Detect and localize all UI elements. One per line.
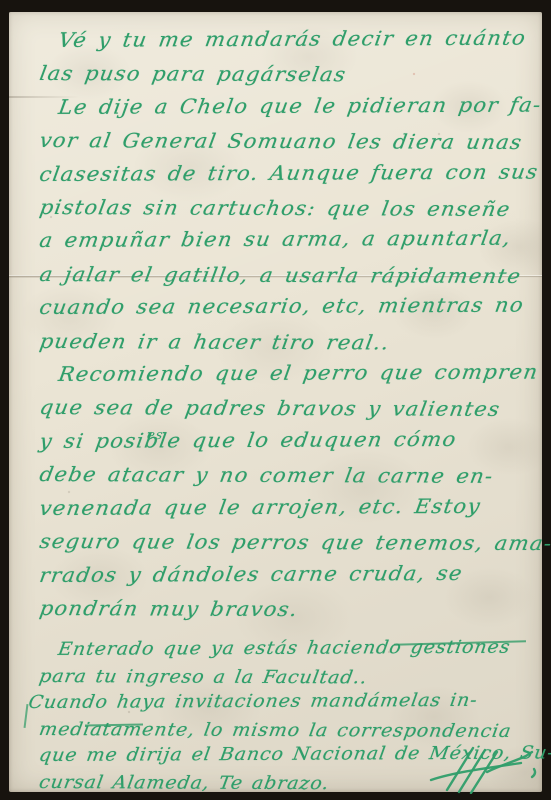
letter-paper: Vé y tu me mandarás decir en cuánto las … [9,12,542,792]
letter-line: Enterado que ya estás haciendo gestiones [37,635,551,664]
letter-line: vor al General Somuano les diera unas [37,124,551,160]
paragraph: Vé y tu me mandarás decir en cuánto las … [37,24,535,91]
paragraph: Le dije a Chelo que le pidieran por fa- … [37,91,535,358]
letter-line: Le dije a Chelo que le pidieran por fa- [37,88,551,124]
letter-line: las puso para pagárselas [37,57,551,93]
paragraph: Enterado que ya estás haciendo gestiones… [37,637,535,690]
interlinear-insertion: es [146,428,165,443]
letter-line: a empuñar bien su arma, a apuntarla, [37,222,551,258]
letter-line: debe atacar y no comer la carne en- [37,458,551,494]
letter-line: pondrán muy bravos. [37,592,551,628]
paragraph: Recomiendo que el perro que compren que … [37,358,535,625]
letter-line: rrados y dándoles carne cruda, se [37,556,551,592]
letter-line: cuando sea necesario, etc, mientras no [37,289,551,325]
letter-block-upper: Vé y tu me mandarás decir en cuánto las … [37,24,535,625]
letter-line: que sea de padres bravos y valientes [37,391,551,427]
letter-body: Vé y tu me mandarás decir en cuánto las … [37,12,535,796]
letter-line: venenada que le arrojen, etc. Estoy [37,489,551,525]
signature-flourish-icon [425,742,540,794]
letter-line: Vé y tu me mandarás decir en cuánto [37,21,551,57]
scan-background: { "meta": { "kind": "scanned handwritten… [0,0,551,800]
letter-line: Cuando haya invitaciones mandámelas in- [37,688,551,717]
letter-line: Recomiendo que el perro que compren [37,355,551,391]
letter-line: y si posible que lo eduquen cómo [37,422,551,458]
letter-line: clasesitas de tiro. Aunque fuera con sus [37,155,551,191]
letter-line: seguro que los perros que tenemos, ama- [37,525,551,561]
